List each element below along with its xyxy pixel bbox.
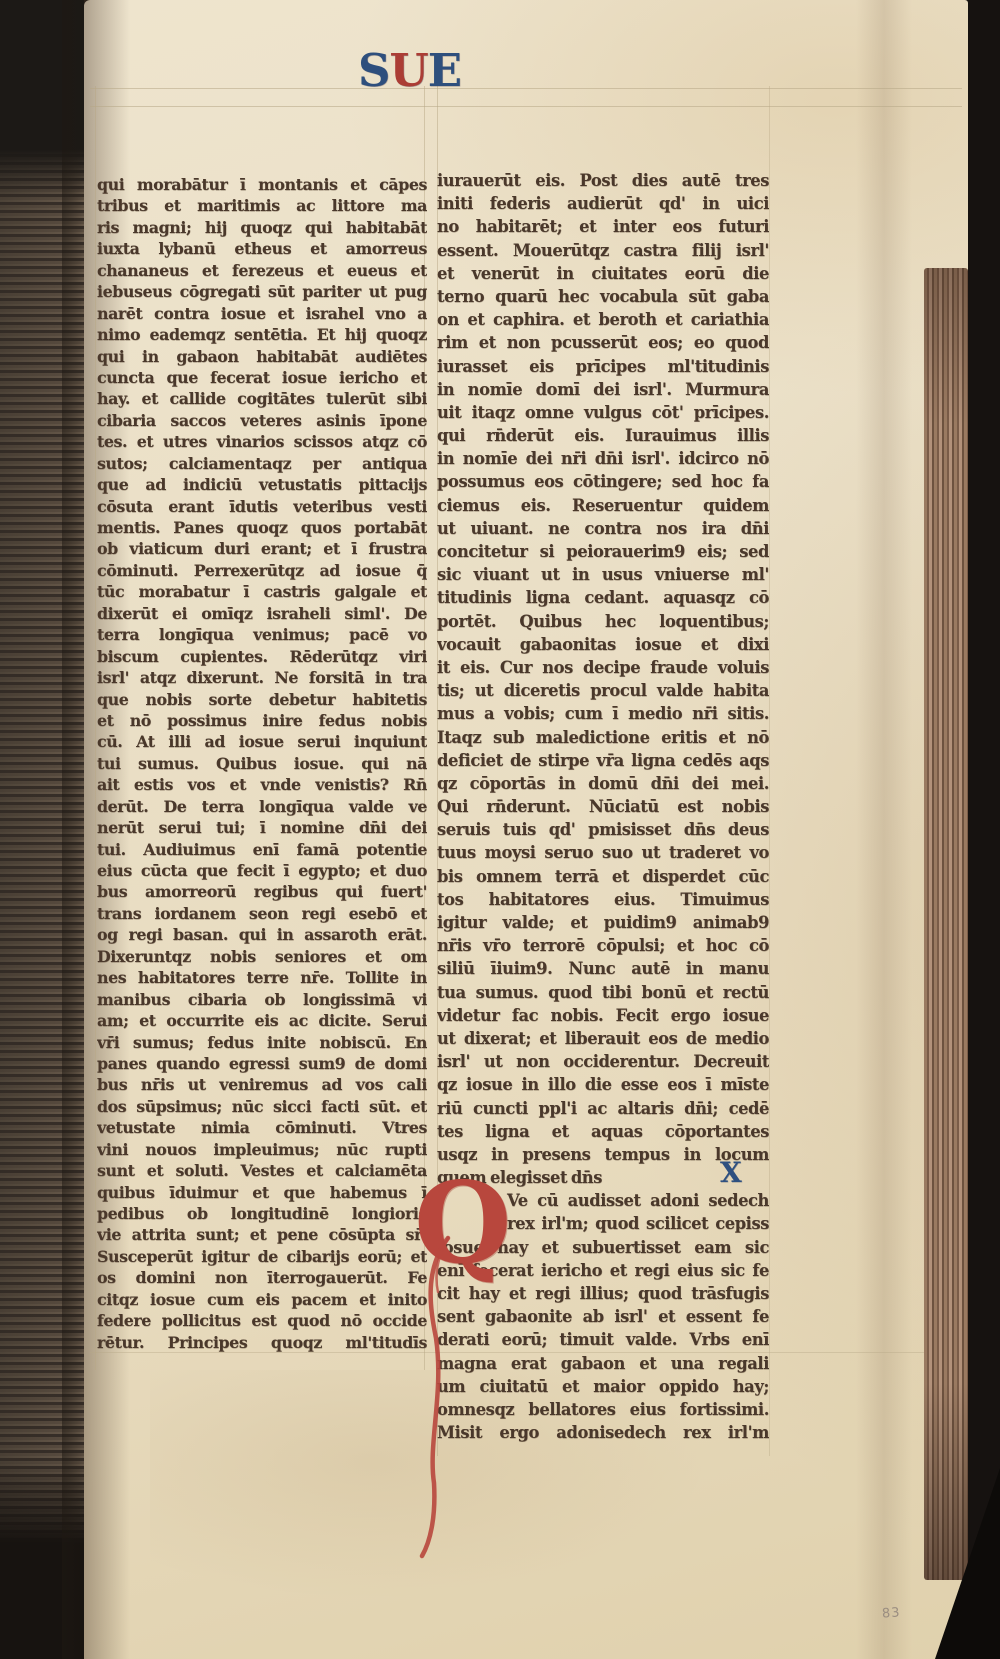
text-line: titudinis ligna cedant. aquasqz cō bbox=[437, 586, 769, 609]
chapter-numeral: X bbox=[720, 1156, 742, 1189]
text-line: tes. et utres vinarios scissos atqz cō bbox=[97, 431, 427, 452]
text-line: no habitarēt; et inter eos futuri bbox=[437, 215, 769, 238]
text-line: am; et occurrite eis ac dicite. Serui bbox=[97, 1010, 427, 1031]
text-line: on et caphira. et beroth et cariathia bbox=[437, 308, 769, 331]
text-line: que nobis sorte debetur habitetis bbox=[97, 689, 427, 710]
text-line: portēt. Quibus hec loquentibus; bbox=[437, 610, 769, 633]
text-line: vie attrita sunt; et pene cōsūpta sr̄. bbox=[97, 1224, 427, 1245]
text-line: tua sumus. quod tibi bonū et rectū bbox=[437, 981, 769, 1004]
text-line: qui rn̄derūt eis. Iurauimus illis bbox=[437, 424, 769, 447]
text-line: um ciuitatū et maior oppido hay; bbox=[437, 1375, 769, 1398]
text-line: cibaria saccos veteres asinis īpone bbox=[97, 410, 427, 431]
text-line: nimo eademqz sentētia. Et hij quoqz bbox=[97, 324, 427, 345]
text-line: nr̄is vr̄o terrorē cōpulsi; et hoc cō bbox=[437, 934, 769, 957]
text-line: ut dixerat; et liberauit eos de medio bbox=[437, 1027, 769, 1050]
text-line: cuncta que fecerat iosue iericho et bbox=[97, 367, 427, 388]
text-line: videtur fac nobis. Fecit ergo iosue bbox=[437, 1004, 769, 1027]
text-line: manibus cibaria ob longissimā vi bbox=[97, 989, 427, 1010]
running-title-letter: E bbox=[428, 48, 459, 93]
text-line: iuxta lybanū etheus et amorreus bbox=[97, 238, 427, 259]
text-line: tribus et maritimis ac littore ma bbox=[97, 195, 427, 216]
text-line: omnesqz bellatores eius fortissimi. bbox=[437, 1398, 769, 1421]
text-line: Dixeruntqz nobis seniores et om bbox=[97, 946, 427, 967]
text-line: deficiet de stirpe vr̄a ligna cedēs aqs bbox=[437, 749, 769, 772]
text-line: vini nouos impleuimus; nūc rupti bbox=[97, 1139, 427, 1160]
text-line: ait estis vos et vnde venistis? Rn̄ bbox=[97, 774, 427, 795]
text-line: tūc morabatur ī castris galgale et bbox=[97, 581, 427, 602]
text-line: qz iosue in illo die esse eos ī mīste bbox=[437, 1073, 769, 1096]
text-line: pedibus ob longitudinē longioris bbox=[97, 1203, 427, 1224]
text-line: siliū īiuim9. Nunc autē in manu bbox=[437, 957, 769, 980]
text-line: rētur. Principes quoqz ml'titudīs bbox=[97, 1332, 427, 1353]
text-line: ut uiuant. ne contra nos ira dn̄i bbox=[437, 517, 769, 540]
text-line: narēt contra iosue et israhel vno a bbox=[97, 303, 427, 324]
text-line: in nomīe dei nr̄i dn̄i isrl'. idcirco nō bbox=[437, 447, 769, 470]
text-line: tes ligna et aquas cōportantes bbox=[437, 1120, 769, 1143]
text-line: citqz iosue cum eis pacem et inito bbox=[97, 1289, 427, 1310]
text-line: sent gabaonite ab isrl' et essent fe bbox=[437, 1305, 769, 1328]
text-line: it eis. Cur nos decipe fraude voluis bbox=[437, 656, 769, 679]
text-line: federe pollicitus est quod nō occide bbox=[97, 1310, 427, 1331]
text-line: biscum cupientes. Rēderūtqz viri bbox=[97, 646, 427, 667]
text-line: tis; ut diceretis procul valde habita bbox=[437, 679, 769, 702]
text-line: trans iordanem seon regi esebō et bbox=[97, 903, 427, 924]
right-page-stack-edge bbox=[924, 268, 968, 1580]
text-line: que ad indiciū vetustatis pittacijs bbox=[97, 474, 427, 495]
text-line: Misit ergo adonisedech rex irl'm bbox=[437, 1421, 769, 1444]
text-line: dos sūpsimus; nūc sicci facti sūt. et bbox=[97, 1096, 427, 1117]
page-crease bbox=[856, 0, 912, 1659]
text-line: magna erat gabaon et una regali bbox=[437, 1352, 769, 1375]
text-line: vocauit gabaonitas iosue et dixi bbox=[437, 633, 769, 656]
running-title-letter: U bbox=[390, 48, 426, 93]
text-line: cū. At illi ad iosue serui inquiunt bbox=[97, 731, 427, 752]
text-line: concitetur si peiorauerim9 eis; sed bbox=[437, 540, 769, 563]
text-line: isrl' atqz dixerunt. Ne forsitā in tra bbox=[97, 667, 427, 688]
text-line: vr̄i sumus; fedus inite nobiscū. En bbox=[97, 1032, 427, 1053]
text-line: igitur valde; et puidim9 animab9 bbox=[437, 911, 769, 934]
text-line: os domini non īterrogauerūt. Fe bbox=[97, 1267, 427, 1288]
text-line: tui sumus. Quibus iosue. qui nā bbox=[97, 753, 427, 774]
text-column-left: qui morabātur ī montanis et cāpestribus … bbox=[97, 174, 427, 1353]
text-line: eius cūcta que fecit ī egypto; et duo bbox=[97, 860, 427, 881]
text-line: bis omnem terrā et disperdet cūc bbox=[437, 865, 769, 888]
text-line: bus amorreorū regibus qui fuert' bbox=[97, 881, 427, 902]
text-line: quibus īduimur et que habemus ī bbox=[97, 1182, 427, 1203]
text-line: essent. Mouerūtqz castra filij isrl' bbox=[437, 239, 769, 262]
text-line: qui in gabaon habitabāt audiētes bbox=[97, 346, 427, 367]
text-line: Susceperūt igitur de cibarijs eorū; et bbox=[97, 1246, 427, 1267]
text-line: ciemus eis. Reseruentur quidem bbox=[437, 494, 769, 517]
text-line: mus a vobis; cum ī medio nr̄i sitis. bbox=[437, 702, 769, 725]
text-line: in nomīe domī dei isrl'. Murmura bbox=[437, 378, 769, 401]
text-line: terno quarū hec vocabula sūt gaba bbox=[437, 285, 769, 308]
text-line: cōsuta erant īdutis veteribus vesti bbox=[97, 496, 427, 517]
text-line: nes habitatores terre nr̄e. Tollite in bbox=[97, 967, 427, 988]
folio-number: 83 bbox=[881, 1605, 901, 1621]
running-title-letter: S bbox=[358, 48, 388, 93]
ruling-line-top-2 bbox=[90, 106, 962, 107]
text-line: ob viaticum duri erant; et ī frustra bbox=[97, 538, 427, 559]
text-line: et nō possimus inire fedus nobis bbox=[97, 710, 427, 731]
text-line: riū cuncti ppl'i ac altaris dn̄i; cedē bbox=[437, 1097, 769, 1120]
text-line: ris magni; hij quoqz qui habitabāt bbox=[97, 217, 427, 238]
text-line: sunt et soluti. Vestes et calciamēta bbox=[97, 1160, 427, 1181]
text-line: iebuseus cōgregati sūt pariter ut pug bbox=[97, 281, 427, 302]
text-line: panes quando egressi sum9 de domi bbox=[97, 1053, 427, 1074]
text-line: possumus eos cōtingere; sed hoc fa bbox=[437, 470, 769, 493]
text-line: nerūt serui tui; ī nomine dn̄i dei bbox=[97, 817, 427, 838]
ruling-line-top-1 bbox=[90, 88, 962, 89]
initial-flourish-tail bbox=[408, 1230, 468, 1570]
text-line: cōminuti. Perrexerūtqz ad iosue q̄ bbox=[97, 560, 427, 581]
text-line: terra longīqua venimus; pacē vo bbox=[97, 624, 427, 645]
text-line: tos habitatores eius. Timuimus bbox=[437, 888, 769, 911]
text-line: iurauerūt eis. Post dies autē tres bbox=[437, 169, 769, 192]
text-line: derati eorū; timuit valde. Vrbs enī bbox=[437, 1328, 769, 1351]
text-line: seruis tuis qd' pmisisset dn̄s deus bbox=[437, 818, 769, 841]
text-line: tuus moysi seruo suo ut traderet vo bbox=[437, 841, 769, 864]
text-line: dixerūt ei omīqz israheli siml'. De bbox=[97, 603, 427, 624]
text-line: Itaqz sub maledictione eritis et nō bbox=[437, 726, 769, 749]
text-line: bus nr̄is ut veniremus ad vos cali bbox=[97, 1074, 427, 1095]
text-line: initi federis audierūt qd' in uici bbox=[437, 192, 769, 215]
text-line: uit itaqz omne vulgus cōt' prīcipes. bbox=[437, 401, 769, 424]
ruling-line-col2-right bbox=[769, 86, 770, 1456]
text-line: iurasset eis prīcipes ml'titudinis bbox=[437, 355, 769, 378]
text-line: isrl' ut non occiderentur. Decreuit bbox=[437, 1050, 769, 1073]
text-line: chananeus et ferezeus et eueus et bbox=[97, 260, 427, 281]
text-line: derūt. De terra longīqua valde ve bbox=[97, 796, 427, 817]
text-line: et venerūt in ciuitates eorū die bbox=[437, 262, 769, 285]
text-line: og regi basan. qui in assaroth erāt. bbox=[97, 924, 427, 945]
text-line: qui morabātur ī montanis et cāpes bbox=[97, 174, 427, 195]
text-line: tui. Audiuimus enī famā potentie bbox=[97, 839, 427, 860]
text-line: sutos; calciamentaqz per antiqua bbox=[97, 453, 427, 474]
text-line: Qui rn̄derunt. Nūciatū est nobis bbox=[437, 795, 769, 818]
text-line: qz cōportās in domū dn̄i dei mei. bbox=[437, 772, 769, 795]
text-line: rim et non pcusserūt eos; eo quod bbox=[437, 331, 769, 354]
text-line: mentis. Panes quoqz quos portabāt bbox=[97, 517, 427, 538]
text-line: sic viuant ut in usus vniuerse ml' bbox=[437, 563, 769, 586]
running-title: SUE bbox=[358, 48, 459, 93]
ruling-line-col1-left bbox=[95, 86, 96, 1370]
text-line: hay. et callide cogitātes tulerūt sibi bbox=[97, 388, 427, 409]
text-line: vetustate nimia cōminuti. Vtres bbox=[97, 1117, 427, 1138]
